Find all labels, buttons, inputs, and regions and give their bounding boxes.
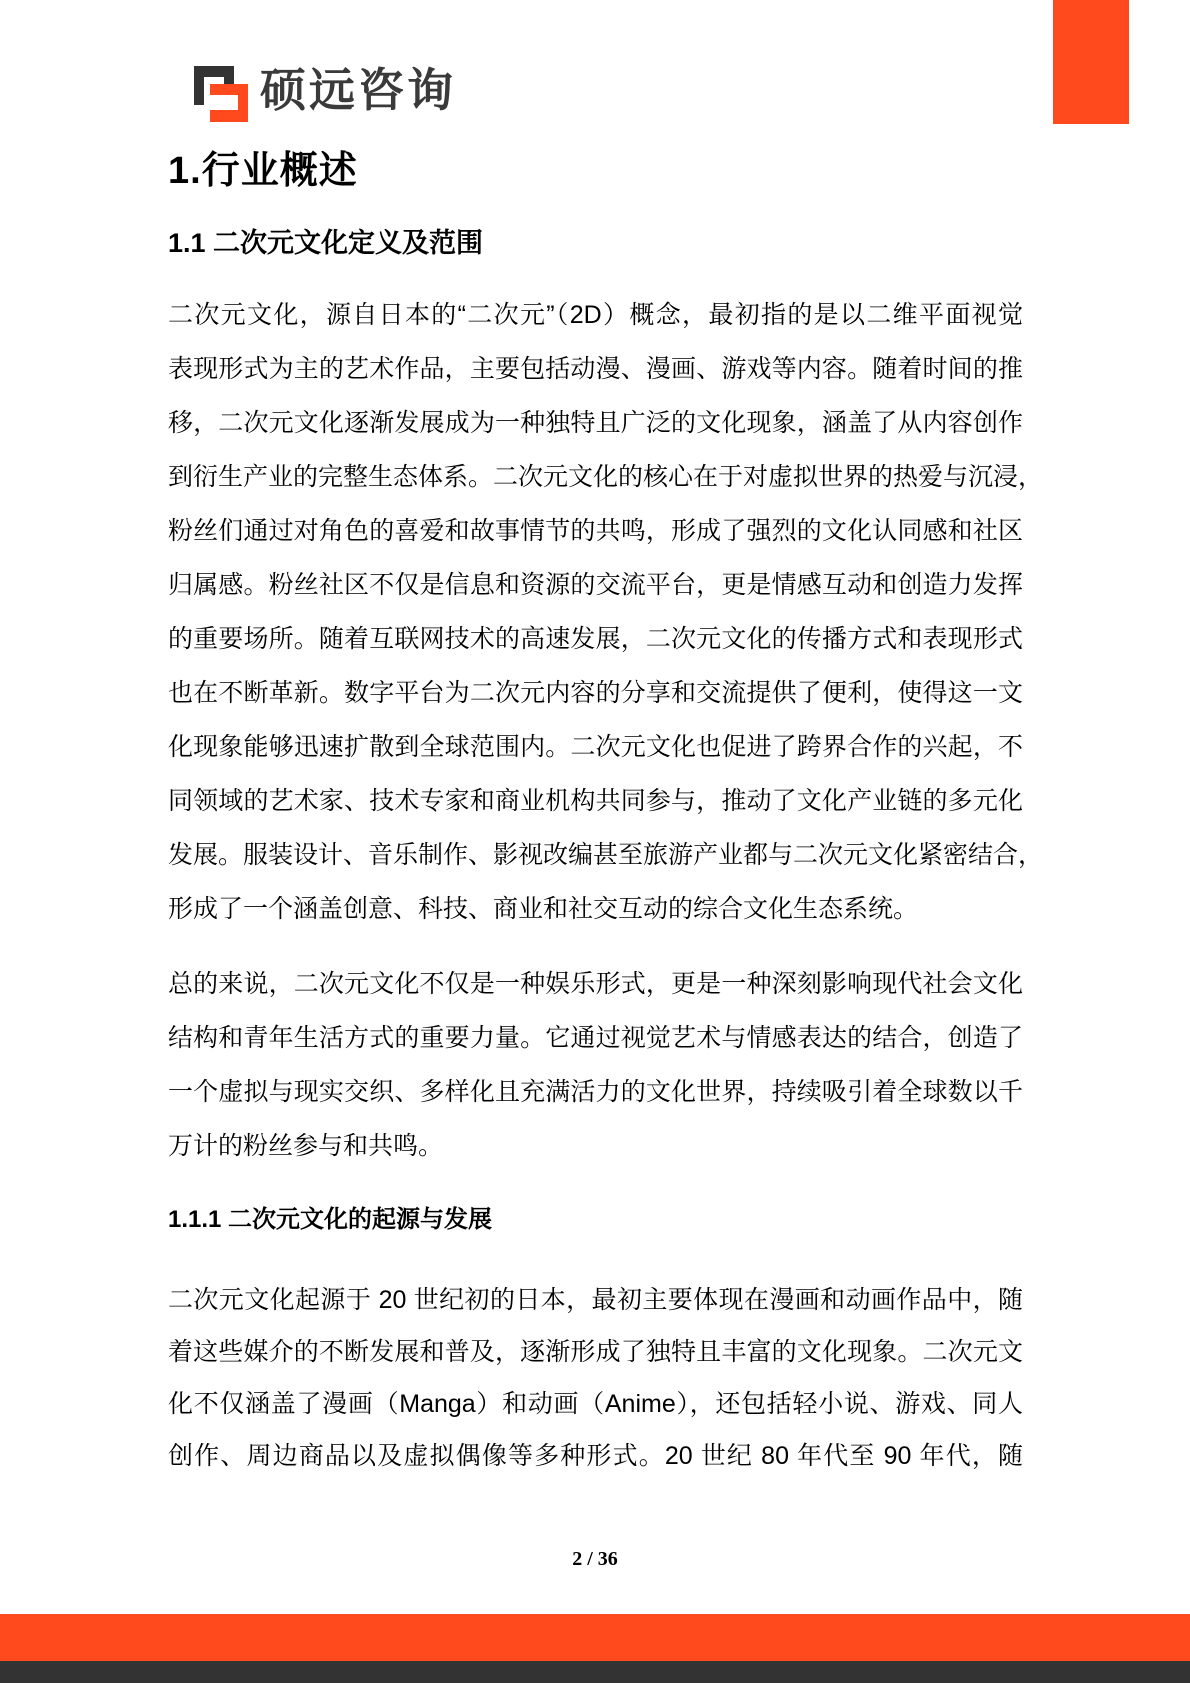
shuoyuan-logo-icon [170,52,250,128]
paragraph-summary: 总的来说，二次元文化不仅是一种娱乐形式，更是一种深刻影响现代社会文化 结构和青年… [168,957,1023,1173]
text-line: 万计的粉丝参与和共鸣。 [168,1119,1023,1173]
text-line: 化现象能够迅速扩散到全球范围内。二次元文化也促进了跨界合作的兴起，不 [168,720,1023,774]
text-line: 也在不断革新。数字平台为二次元内容的分享和交流提供了便利，使得这一文 [168,666,1023,720]
text-line: 移，二次元文化逐渐发展成为一种独特且广泛的文化现象，涵盖了从内容创作 [168,396,1023,450]
text-line: 一个虚拟与现实交织、多样化且充满活力的文化世界，持续吸引着全球数以千 [168,1065,1023,1119]
text-line: 化不仅涵盖了漫画（Manga）和动画（Anime），还包括轻小说、游戏、同人 [168,1378,1023,1430]
section-heading: 1.行业概述 [168,150,358,194]
text-line: 形成了一个涵盖创意、科技、商业和社交互动的综合文化生态系统。 [168,882,1023,936]
report-page: 硕远咨询 1.行业概述 1.1 二次元文化定义及范围 二次元文化，源自日本的“二… [0,0,1190,1683]
paragraph-definition: 二次元文化，源自日本的“二次元”（2D）概念，最初指的是以二维平面视觉 表现形式… [168,288,1023,936]
text-line: 的重要场所。随着互联网技术的高速发展，二次元文化的传播方式和表现形式 [168,612,1023,666]
footer-accent-bar [0,1614,1190,1661]
text-line: 着这些媒介的不断发展和普及，逐渐形成了独特且丰富的文化现象。二次元文 [168,1326,1023,1378]
paragraph-origin: 二次元文化起源于 20 世纪初的日本，最初主要体现在漫画和动画作品中，随 着这些… [168,1274,1023,1482]
text-line: 到衍生产业的完整生态体系。二次元文化的核心在于对虚拟世界的热爱与沉浸， [168,450,1023,504]
text-line: 同领域的艺术家、技术专家和商业机构共同参与，推动了文化产业链的多元化 [168,774,1023,828]
text-line: 创作、周边商品以及虚拟偶像等多种形式。20 世纪 80 年代至 90 年代，随 [168,1430,1023,1482]
text-line: 总的来说，二次元文化不仅是一种娱乐形式，更是一种深刻影响现代社会文化 [168,957,1023,1011]
text-line: 发展。服装设计、音乐制作、影视改编甚至旅游产业都与二次元文化紧密结合， [168,828,1023,882]
footer-dark-bar [0,1661,1190,1683]
text-line: 二次元文化起源于 20 世纪初的日本，最初主要体现在漫画和动画作品中，随 [168,1274,1023,1326]
page-corner-accent [1053,0,1129,124]
logo-text: 硕远咨询 [260,67,456,113]
company-logo: 硕远咨询 [170,52,456,128]
text-line: 归属感。粉丝社区不仅是信息和资源的交流平台，更是情感互动和创造力发挥 [168,558,1023,612]
subsubsection-heading: 1.1.1 二次元文化的起源与发展 [168,1206,492,1234]
text-line: 结构和青年生活方式的重要力量。它通过视觉艺术与情感表达的结合，创造了 [168,1011,1023,1065]
text-line: 粉丝们通过对角色的喜爱和故事情节的共鸣，形成了强烈的文化认同感和社区 [168,504,1023,558]
text-line: 二次元文化，源自日本的“二次元”（2D）概念，最初指的是以二维平面视觉 [168,288,1023,342]
page-number: 2 / 36 [0,1548,1190,1571]
subsection-heading: 1.1 二次元文化定义及范围 [168,228,483,259]
text-line: 表现形式为主的艺术作品，主要包括动漫、漫画、游戏等内容。随着时间的推 [168,342,1023,396]
